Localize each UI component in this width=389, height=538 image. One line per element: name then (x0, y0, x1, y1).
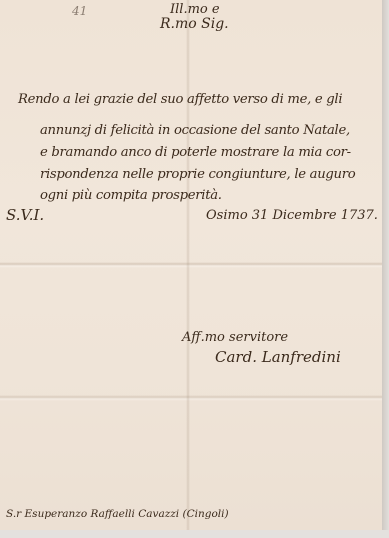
salutation-line-1: Ill.mo e (170, 2, 220, 17)
letter-page: 41 Ill.mo e R.mo Sig. Rendo a lei grazie… (0, 0, 382, 530)
closing-line: Aff.mo servitore (182, 330, 288, 345)
salutation-line-2: R.mo Sig. (160, 16, 229, 32)
body-line: e bramando anco di poterle mostrare la m… (40, 145, 351, 160)
body-line: ogni più compita prosperità. (40, 188, 222, 203)
signature: Card. Lanfredini (215, 348, 341, 366)
archive-mark: 41 (72, 4, 87, 18)
page-edge-right (382, 0, 389, 538)
addressee-note: S.r Esuperanzo Raffaelli Cavazzi (Cingol… (6, 508, 229, 520)
page-edge-bottom (0, 530, 389, 538)
body-line: annunzj di felicità in occasione del san… (40, 123, 350, 138)
body-line: Rendo a lei grazie del suo affetto verso… (18, 92, 342, 107)
place-date: Osimo 31 Dicembre 1737. (206, 208, 378, 223)
body-line: rispondenza nelle proprie congiunture, l… (40, 167, 355, 182)
abbreviation: S.V.I. (6, 206, 44, 224)
